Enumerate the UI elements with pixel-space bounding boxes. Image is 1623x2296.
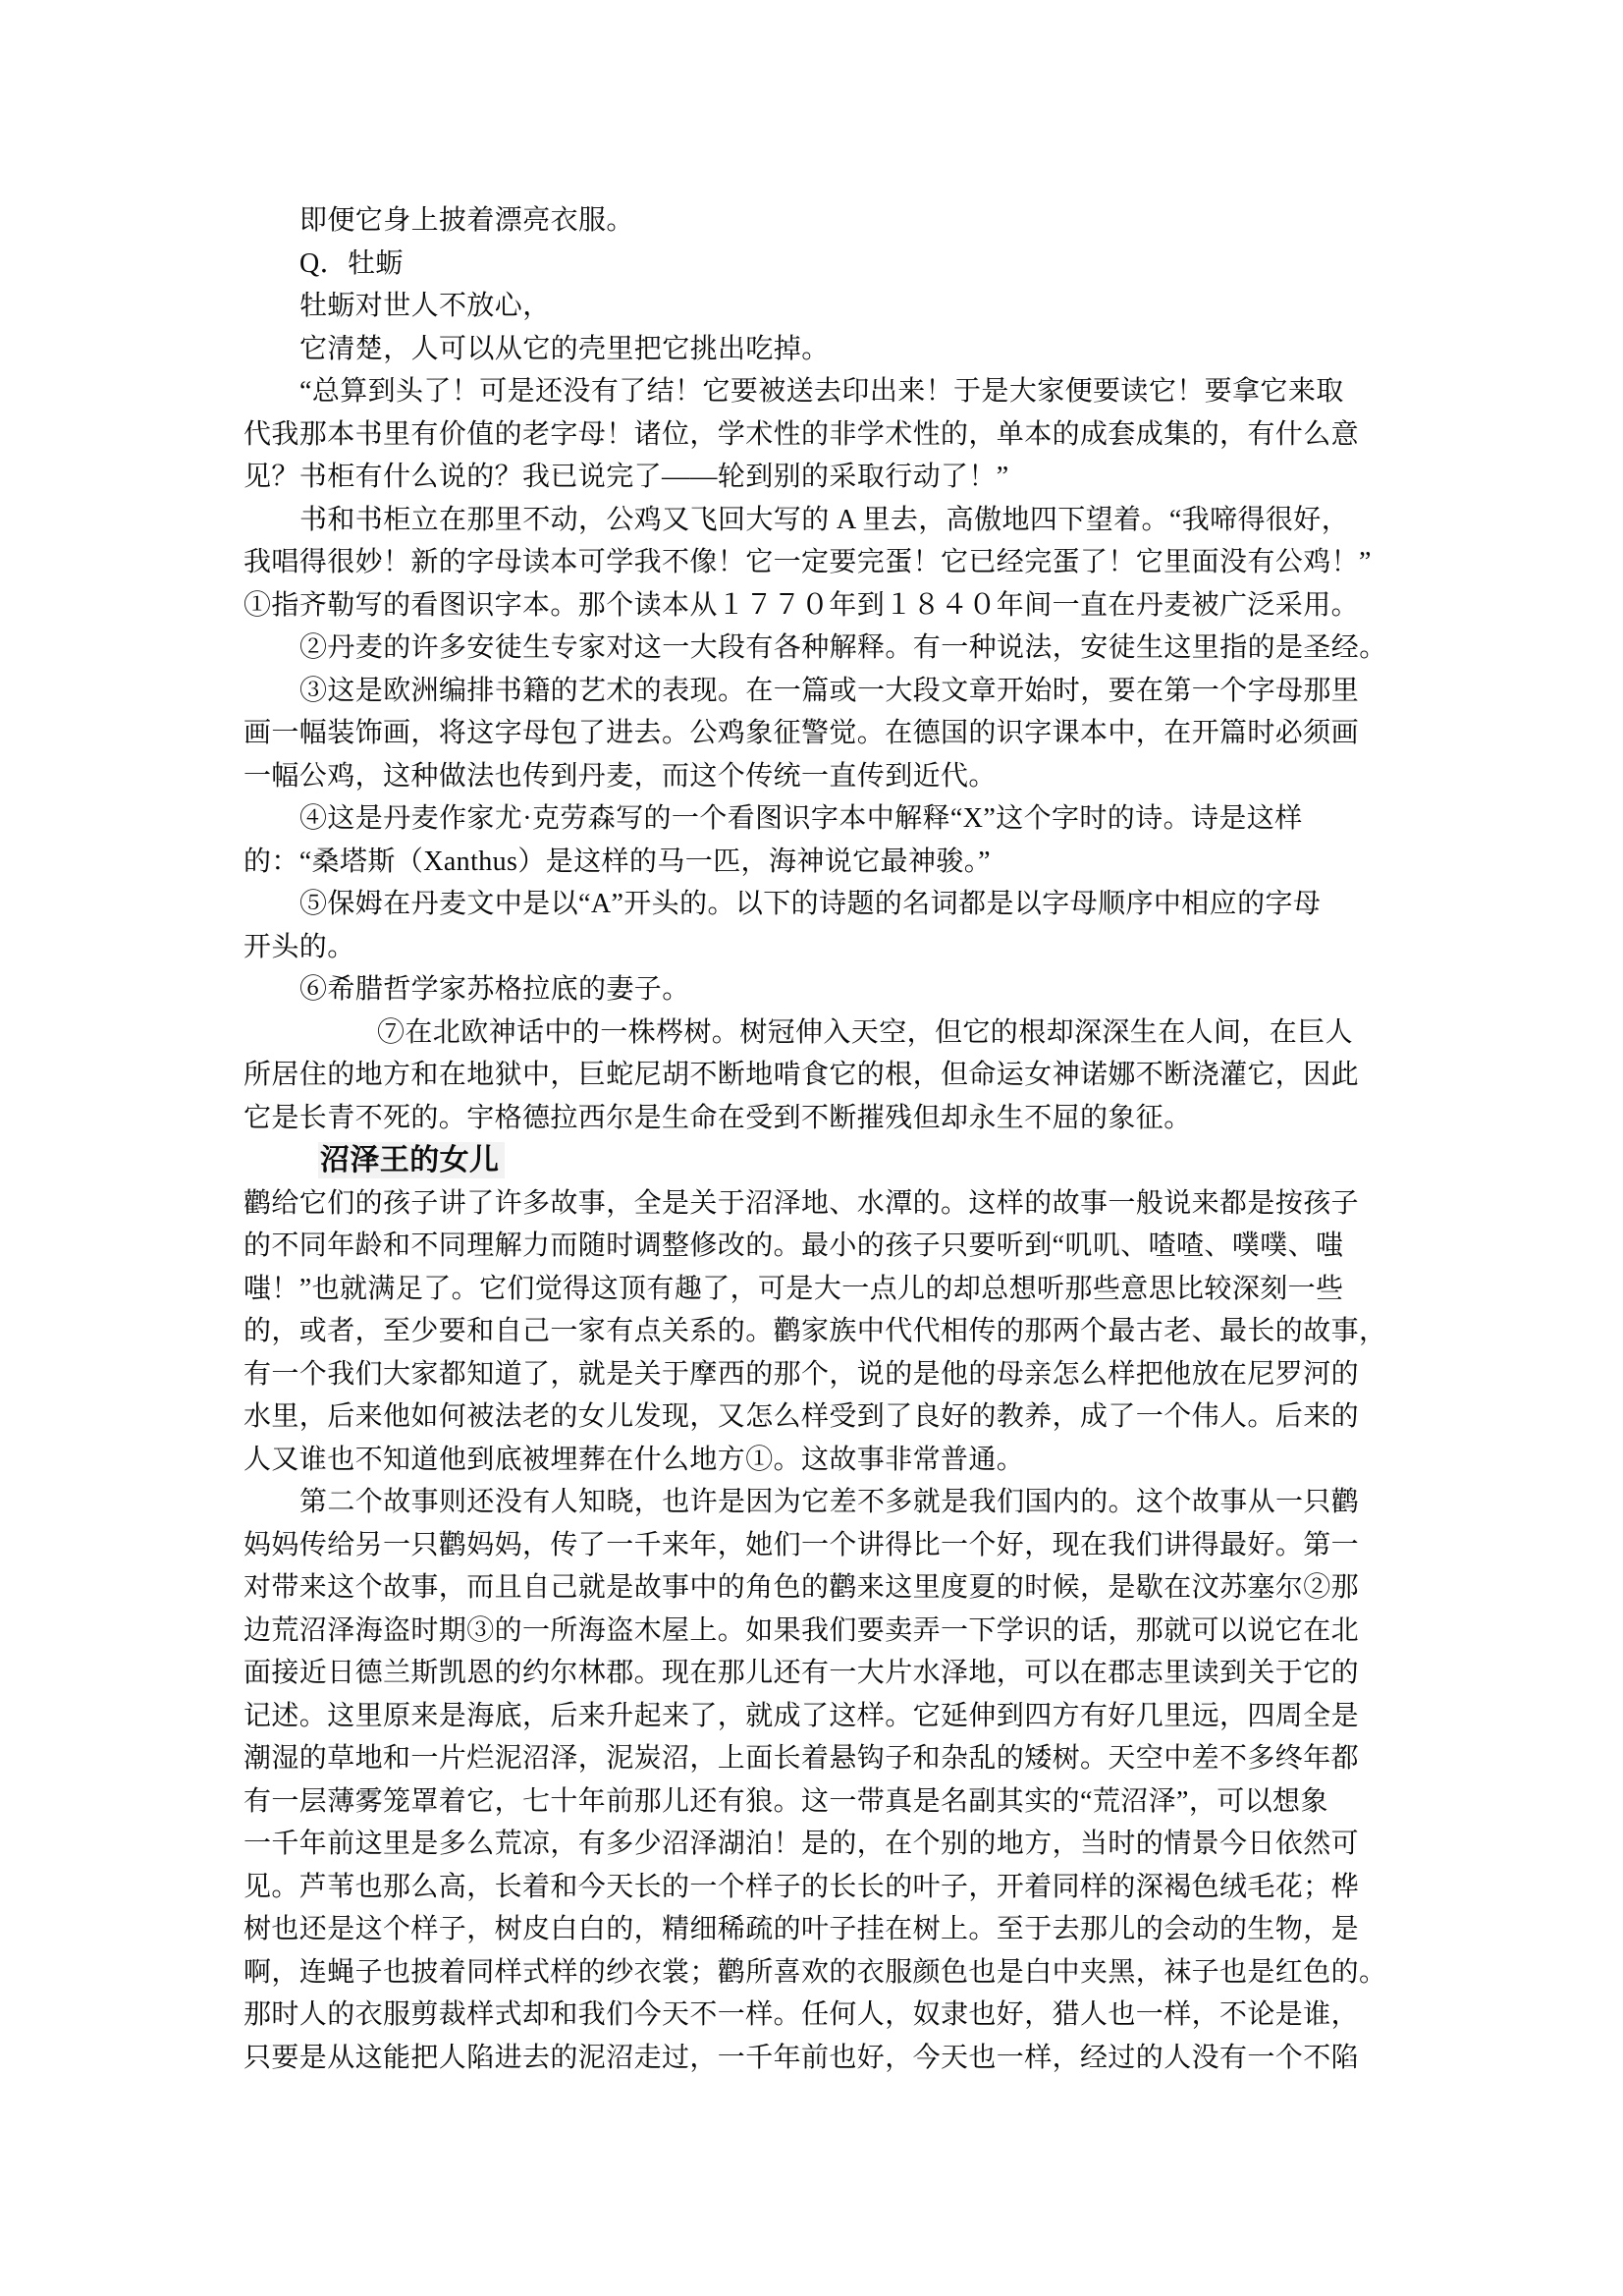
text-line: 它清楚，人可以从它的壳里把它挑出吃掉。 [243,328,1388,371]
footnote-line: 所居住的地方和在地狱中，巨蛇尼胡不断地啃食它的根，但命运女神诺娜不断浇灌它，因此 [243,1054,1388,1097]
text-line: “总算到头了！可是还没有了结！它要被送去印出来！于是大家便要读它！要拿它来取 [243,370,1388,413]
text-line: 第二个故事则还没有人知晓，也许是因为它差不多就是我们国内的。这个故事从一只鹳 [243,1481,1388,1524]
section-heading: 沼泽王的女儿 [243,1139,1388,1182]
text-line: 记述。这里原来是海底，后来升起来了，就成了这样。它延伸到四方有好几里远，四周全是 [243,1695,1388,1738]
text-line: 水里，后来他如何被法老的女儿发现，又怎么样受到了良好的教养，成了一个伟人。后来的 [243,1395,1388,1439]
text-line: 一千年前这里是多么荒凉，有多少沼泽湖泊！是的，在个别的地方，当时的情景今日依然可 [243,1823,1388,1866]
text-line: 嗤！”也就满足了。它们觉得这顶有趣了，可是大一点儿的却总想听那些意思比较深刻一些 [243,1268,1388,1311]
text-line: 牡蛎对世人不放心， [243,285,1388,328]
text-line: 树也还是这个样子，树皮白白的，精细稀疏的叶子挂在树上。至于去那儿的会动的生物，是 [243,1908,1388,1951]
text-line: 只要是从这能把人陷进去的泥沼走过，一千年前也好，今天也一样，经过的人没有一个不陷 [243,2037,1388,2080]
footnote-line: ④这是丹麦作家尤·克劳森写的一个看图识字本中解释“X”这个字时的诗。诗是这样 [243,797,1388,841]
footnote-line: ⑦在北欧神话中的一株梣树。树冠伸入天空，但它的根却深深生在人间，在巨人 [243,1011,1388,1055]
text-line: 见。芦苇也那么高，长着和今天长的一个样子的长长的叶子，开着同样的深褐色绒毛花；桦 [243,1866,1388,1909]
footnote-line: 的：“桑塔斯（Xanthus）是这样的马一匹，海神说它最神骏。” [243,841,1388,884]
text-line: 即便它身上披着漂亮衣服。 [243,199,1388,243]
footnote-line: 一幅公鸡，这种做法也传到丹麦，而这个传统一直传到近代。 [243,755,1388,798]
text-line: 面接近日德兰斯凯恩的约尔林郡。现在那儿还有一大片水泽地，可以在郡志里读到关于它的 [243,1652,1388,1695]
text-line: 潮湿的草地和一片烂泥沼泽，泥炭沼，上面长着悬钩子和杂乱的矮树。天空中差不多终年都 [243,1737,1388,1780]
text-line: 那时人的衣服剪裁样式却和我们今天不一样。任何人，奴隶也好，猎人也一样，不论是谁， [243,1994,1388,2037]
footnote-line: ⑥希腊哲学家苏格拉底的妻子。 [243,968,1388,1011]
text-line: 啊，连蝇子也披着同样式样的纱衣裳；鹳所喜欢的衣服颜色也是白中夹黑，袜子也是红色的… [243,1951,1388,1995]
text-block: 即便它身上披着漂亮衣服。 Q．牡蛎 牡蛎对世人不放心， 它清楚，人可以从它的壳里… [243,199,1388,2079]
text-line: 有一个我们大家都知道了，就是关于摩西的那个，说的是他的母亲怎么样把他放在尼罗河的 [243,1353,1388,1396]
text-line: 代我那本书里有价值的老字母！诸位，学术性的非学术性的，单本的成套成集的，有什么意 [243,413,1388,457]
text-line: 见？书柜有什么说的？我已说完了——轮到别的采取行动了！” [243,456,1388,499]
footnote-line: 它是长青不死的。宇格德拉西尔是生命在受到不断摧残但却永生不屈的象征。 [243,1097,1388,1140]
text-line: 书和书柜立在那里不动，公鸡又飞回大写的 A 里去，高傲地四下望着。“我啼得很好， [243,499,1388,542]
text-line: Q．牡蛎 [243,243,1388,286]
text-line: 鹳给它们的孩子讲了许多故事，全是关于沼泽地、水潭的。这样的故事一般说来都是按孩子 [243,1182,1388,1226]
footnote-line: ②丹麦的许多安徒生专家对这一大段有各种解释。有一种说法，安徒生这里指的是圣经。 [243,627,1388,670]
document-page: 即便它身上披着漂亮衣服。 Q．牡蛎 牡蛎对世人不放心， 它清楚，人可以从它的壳里… [0,0,1623,2296]
text-line: 我唱得很妙！新的字母读本可学我不像！它一定要完蛋！它已经完蛋了！它里面没有公鸡！… [243,541,1388,584]
text-line: 的，或者，至少要和自己一家有点关系的。鹳家族中代代相传的那两个最古老、最长的故事… [243,1310,1388,1353]
footnote-line: ⑤保姆在丹麦文中是以“A”开头的。以下的诗题的名词都是以字母顺序中相应的字母 [243,883,1388,926]
text-line: 有一层薄雾笼罩着它，七十年前那儿还有狼。这一带真是名副其实的“荒沼泽”，可以想象 [243,1780,1388,1824]
text-line: 对带来这个故事，而且自己就是故事中的角色的鹳来这里度夏的时候，是歇在汶苏塞尔②那 [243,1566,1388,1610]
footnote-line: ③这是欧洲编排书籍的艺术的表现。在一篇或一大段文章开始时，要在第一个字母那里 [243,670,1388,713]
footnote-line: ①指齐勒写的看图识字本。那个读本从１７７０年到１８４０年间一直在丹麦被广泛采用。 [243,584,1388,628]
text-line: 的不同年龄和不同理解力而随时调整修改的。最小的孩子只要听到“叽叽、喳喳、噗噗、嗤 [243,1225,1388,1268]
footnote-line: 开头的。 [243,926,1388,969]
footnote-line: 画一幅装饰画，将这字母包了进去。公鸡象征警觉。在德国的识字课本中，在开篇时必须画 [243,712,1388,755]
text-line: 人又谁也不知道他到底被埋葬在什么地方①。这故事非常普通。 [243,1439,1388,1482]
text-line: 妈妈传给另一只鹳妈妈，传了一千来年，她们一个讲得比一个好，现在我们讲得最好。第一 [243,1524,1388,1567]
section-heading-text: 沼泽王的女儿 [318,1142,505,1178]
text-line: 边荒沼泽海盗时期③的一所海盗木屋上。如果我们要卖弄一下学识的话，那就可以说它在北 [243,1610,1388,1653]
